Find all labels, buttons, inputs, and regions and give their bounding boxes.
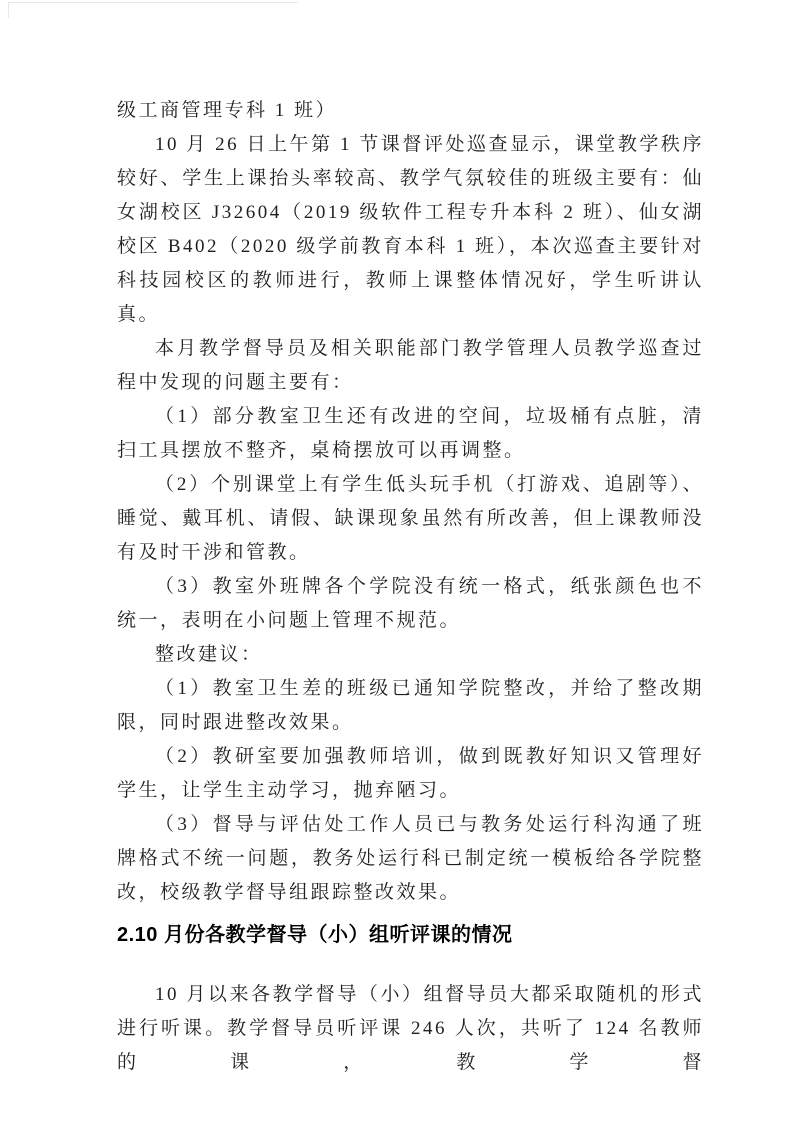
paragraph: 10 月以来各教学督导（小）组督导员大都采取随机的形式进行听课。教学督导员听评课… [117, 978, 704, 1080]
paragraph: （1）教室卫生差的班级已通知学院整改，并给了整改期限，同时跟进整改效果。 [117, 672, 704, 740]
paragraph: （1）部分教室卫生还有改进的空间，垃圾桶有点脏，清扫工具摆放不整齐，桌椅摆放可以… [117, 400, 704, 468]
paragraph: （3）教室外班牌各个学院没有统一格式，纸张颜色也不统一，表明在小问题上管理不规范… [117, 570, 704, 638]
document-content: 级工商管理专科 1 班）10 月 26 日上午第 1 节课督评处巡查显示，课堂教… [117, 94, 704, 1080]
paragraph: 级工商管理专科 1 班） [117, 94, 704, 128]
paragraph: （3）督导与评估处工作人员已与教务处运行科沟通了班牌格式不统一问题，教务处运行科… [117, 808, 704, 910]
scan-artifact-top-line [8, 2, 298, 3]
paragraph: （2）教研室要加强教师培训，做到既教好知识又管理好学生，让学生主动学习，抛弃陋习… [117, 740, 704, 808]
paragraph: （2）个别课堂上有学生低头玩手机（打游戏、追剧等）、睡觉、戴耳机、请假、缺课现象… [117, 468, 704, 570]
paragraph: 整改建议： [117, 638, 704, 672]
scan-artifact-left-tick [8, 2, 9, 18]
paragraph: 本月教学督导员及相关职能部门教学管理人员教学巡查过程中发现的问题主要有： [117, 332, 704, 400]
paragraph: 10 月 26 日上午第 1 节课督评处巡查显示，课堂教学秩序较好、学生上课抬头… [117, 128, 704, 332]
document-page: 级工商管理专科 1 班）10 月 26 日上午第 1 节课督评处巡查显示，课堂教… [0, 0, 793, 1122]
section-heading: 2.10 月份各教学督导（小）组听评课的情况 [117, 920, 704, 950]
